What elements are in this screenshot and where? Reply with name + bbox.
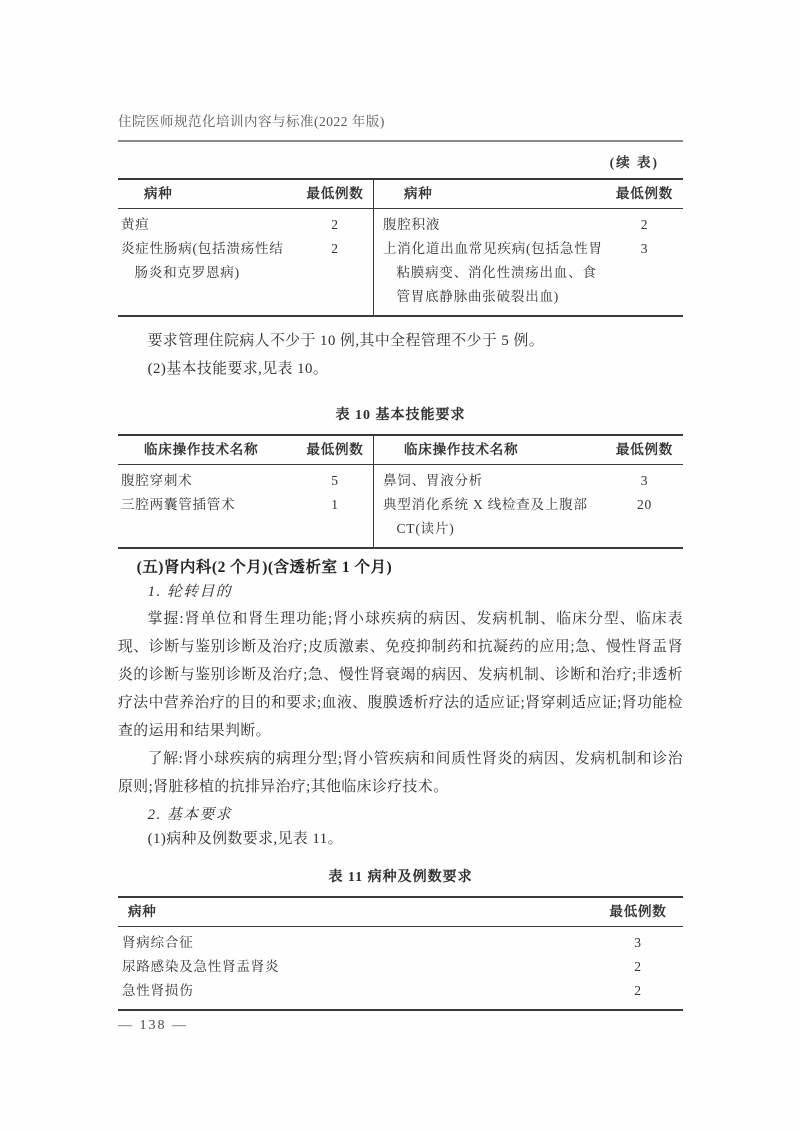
table10-right-half: 临床操作技术名称 最低例数 鼻饲、胃液分析 3 典型消化系统 X 线检查及上腹部… — [374, 436, 683, 547]
body-text-block: 要求管理住院病人不少于 10 例,其中全程管理不少于 5 例。 (2)基本技能要… — [118, 327, 683, 383]
section-body: 掌握:肾单位和肾生理功能;肾小球疾病的病因、发病机制、临床分型、临床表现、诊断与… — [118, 605, 683, 801]
disease-name: 黄疸 — [118, 213, 297, 237]
column-header-min-cases: 最低例数 — [593, 899, 683, 925]
table-body: 腹腔积液 2 上消化道出血常见疾病(包括急性胃粘膜病变、消化性溃疡出血、食管胃底… — [374, 209, 683, 315]
min-cases-value: 2 — [593, 955, 683, 979]
disease-name: 上消化道出血常见疾病(包括急性胃粘膜病变、消化性溃疡出血、食管胃底静脉曲张破裂出… — [374, 237, 607, 309]
table-row: 腹腔穿刺术 5 — [118, 469, 373, 493]
table10-caption: 表 10 基本技能要求 — [118, 405, 683, 426]
table-body: 腹腔穿刺术 5 三腔两囊管插管术 1 — [118, 465, 373, 523]
min-cases-value: 2 — [593, 979, 683, 1003]
table-row: 典型消化系统 X 线检查及上腹部 CT(读片) 20 — [374, 493, 683, 541]
procedure-name: 三腔两囊管插管术 — [118, 493, 297, 517]
column-header-disease: 病种 — [118, 899, 593, 925]
column-header-min-cases: 最低例数 — [297, 437, 373, 463]
table10: 临床操作技术名称 最低例数 腹腔穿刺术 5 三腔两囊管插管术 1 临床操作技术名… — [118, 434, 683, 549]
table11: 病种 最低例数 肾病综合征 3 尿路感染及急性肾盂肾炎 2 急性肾损伤 2 — [118, 896, 683, 1011]
column-header-disease: 病种 — [118, 181, 297, 207]
min-cases-value: 2 — [297, 213, 373, 237]
procedure-name: 典型消化系统 X 线检查及上腹部 CT(读片) — [374, 493, 602, 541]
disease-name: 肾病综合征 — [118, 931, 593, 955]
table-row: 急性肾损伤 2 — [118, 979, 683, 1003]
disease-name: 尿路感染及急性肾盂肾炎 — [118, 955, 593, 979]
paragraph-skill-requirement: (2)基本技能要求,见表 10。 — [118, 355, 683, 383]
disease-name: 急性肾损伤 — [118, 979, 593, 1003]
table-body: 黄疸 2 炎症性肠病(包括溃疡性结肠炎和克罗恩病) 2 — [118, 209, 373, 291]
table-continued-left-half: 病种 最低例数 黄疸 2 炎症性肠病(包括溃疡性结肠炎和克罗恩病) 2 — [118, 180, 374, 315]
column-header-procedure: 临床操作技术名称 — [118, 437, 297, 463]
subheading-rotation-purpose: 1. 轮转目的 — [118, 582, 683, 602]
header-rule — [118, 140, 683, 142]
table10-left-half: 临床操作技术名称 最低例数 腹腔穿刺术 5 三腔两囊管插管术 1 — [118, 436, 374, 547]
document-page: 住院医师规范化培训内容与标准(2022 年版) (续 表) 病种 最低例数 黄疸… — [0, 0, 800, 1131]
running-header: 住院医师规范化培训内容与标准(2022 年版) — [118, 112, 683, 140]
subheading-basic-requirements: 2. 基本要求 — [118, 803, 683, 825]
min-cases-value: 2 — [297, 237, 373, 261]
table-row: 三腔两囊管插管术 1 — [118, 493, 373, 517]
min-cases-value: 5 — [297, 469, 373, 493]
procedure-name: 腹腔穿刺术 — [118, 469, 297, 493]
min-cases-value: 20 — [607, 493, 683, 517]
disease-name: 腹腔积液 — [374, 213, 607, 237]
table-body: 肾病综合征 3 尿路感染及急性肾盂肾炎 2 急性肾损伤 2 — [118, 927, 683, 1009]
paragraph-master: 掌握:肾单位和肾生理功能;肾小球疾病的病因、发病机制、临床分型、临床表现、诊断与… — [118, 605, 683, 745]
min-cases-value: 3 — [593, 931, 683, 955]
table-row: 炎症性肠病(包括溃疡性结肠炎和克罗恩病) 2 — [118, 237, 373, 285]
table-row: 肾病综合征 3 — [118, 931, 683, 955]
min-cases-value: 2 — [607, 213, 683, 237]
table-continued: 病种 最低例数 黄疸 2 炎症性肠病(包括溃疡性结肠炎和克罗恩病) 2 病种 最… — [118, 178, 683, 317]
column-header-min-cases: 最低例数 — [607, 181, 683, 207]
section-heading-nephrology: (五)肾内科(2 个月)(含透析室 1 个月) — [118, 557, 683, 579]
procedure-name: 鼻饲、胃液分析 — [374, 469, 602, 493]
table-header-row: 病种 最低例数 — [118, 898, 683, 927]
table-row: 黄疸 2 — [118, 213, 373, 237]
min-cases-value: 3 — [607, 237, 683, 261]
table-continued-right-half: 病种 最低例数 腹腔积液 2 上消化道出血常见疾病(包括急性胃粘膜病变、消化性溃… — [374, 180, 683, 315]
table-row: 腹腔积液 2 — [374, 213, 683, 237]
table-body: 鼻饲、胃液分析 3 典型消化系统 X 线检查及上腹部 CT(读片) 20 — [374, 465, 683, 547]
table-row: 鼻饲、胃液分析 3 — [374, 469, 683, 493]
table-row: 上消化道出血常见疾病(包括急性胃粘膜病变、消化性溃疡出血、食管胃底静脉曲张破裂出… — [374, 237, 683, 309]
column-header-procedure: 临床操作技术名称 — [374, 437, 607, 463]
column-header-min-cases: 最低例数 — [297, 181, 373, 207]
table-header-row: 病种 最低例数 — [374, 180, 683, 209]
table11-caption: 表 11 病种及例数要求 — [118, 867, 683, 888]
paragraph-manage-requirement: 要求管理住院病人不少于 10 例,其中全程管理不少于 5 例。 — [118, 327, 683, 355]
min-cases-value: 1 — [297, 493, 373, 517]
table-header-row: 病种 最低例数 — [118, 180, 373, 209]
table-header-row: 临床操作技术名称 最低例数 — [118, 436, 373, 465]
column-header-min-cases: 最低例数 — [607, 437, 683, 463]
item-disease-case-requirement: (1)病种及例数要求,见表 11。 — [118, 825, 683, 853]
disease-name: 炎症性肠病(包括溃疡性结肠炎和克罗恩病) — [118, 237, 297, 285]
table-row: 尿路感染及急性肾盂肾炎 2 — [118, 955, 683, 979]
continued-table-label: (续 表) — [118, 154, 683, 172]
column-header-disease: 病种 — [374, 181, 607, 207]
min-cases-value: 3 — [607, 469, 683, 493]
table-header-row: 临床操作技术名称 最低例数 — [374, 436, 683, 465]
paragraph-understand: 了解:肾小球疾病的病理分型;肾小管疾病和间质性肾炎的病因、发病机制和诊治原则;肾… — [118, 745, 683, 801]
page-number: — 138 — — [118, 1017, 683, 1035]
